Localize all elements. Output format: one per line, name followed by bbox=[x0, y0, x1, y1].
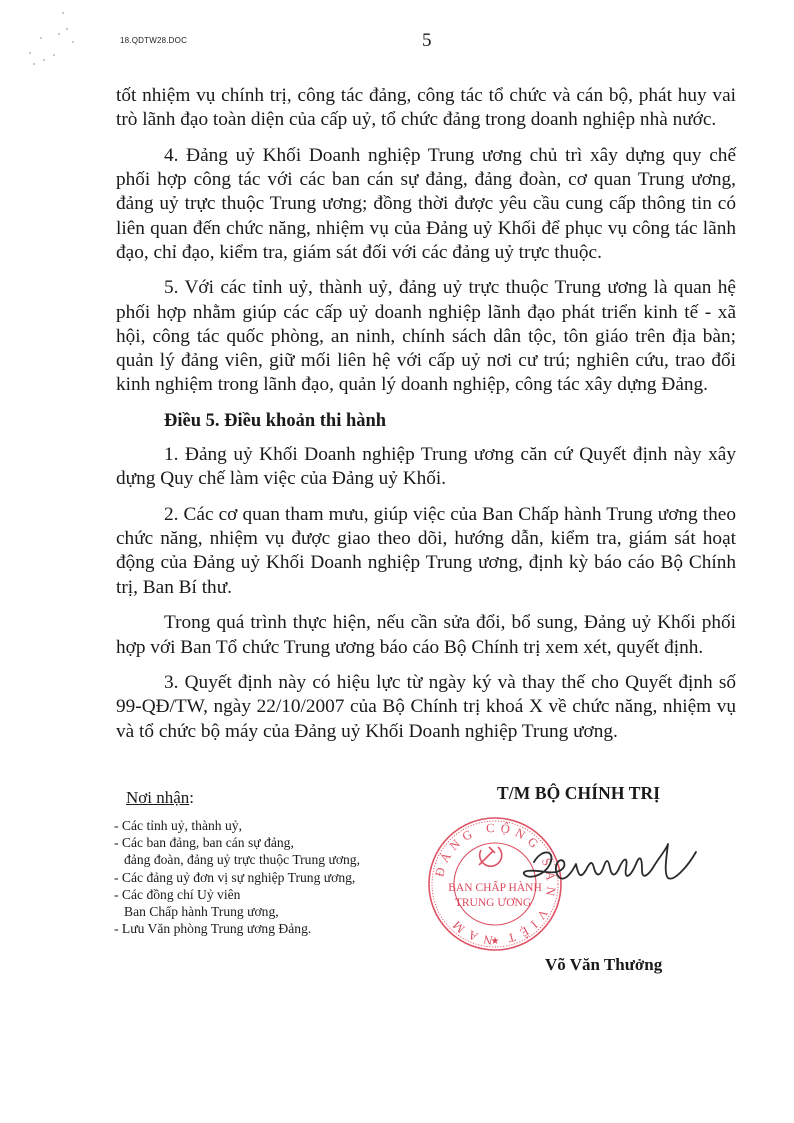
page-number: 5 bbox=[422, 30, 432, 52]
recipient-line: - Các tỉnh uỷ, thành uỷ, bbox=[114, 817, 414, 834]
recipient-line: - Các ban đảng, ban cán sự đảng, bbox=[114, 834, 414, 851]
recipients-title-text: Nơi nhận bbox=[126, 788, 189, 807]
recipient-line-continuation: đảng đoàn, đảng uỷ trực thuộc Trung ương… bbox=[114, 851, 414, 868]
paragraph-clause-3: 3. Quyết định này có hiệu lực từ ngày ký… bbox=[116, 671, 736, 744]
recipient-line-continuation: Ban Chấp hành Trung ương, bbox=[114, 903, 414, 920]
recipient-line: - Các đảng uỷ đơn vị sự nghiệp Trung ươn… bbox=[114, 869, 414, 886]
recipients-title-colon: : bbox=[189, 788, 194, 808]
handwritten-signature bbox=[520, 840, 720, 900]
on-behalf-title: T/M BỘ CHÍNH TRỊ bbox=[497, 783, 660, 804]
recipient-line: - Lưu Văn phòng Trung ương Đảng. bbox=[114, 920, 414, 937]
recipient-line: - Các đồng chí Uỷ viên bbox=[114, 886, 414, 903]
recipients-title: Nơi nhận: bbox=[126, 788, 414, 808]
seal-star-icon: ★ bbox=[491, 936, 500, 947]
paragraph-item-5: 5. Với các tỉnh uỷ, thành uỷ, đảng uỷ tr… bbox=[116, 276, 736, 397]
article-heading: Điều 5. Điều khoản thi hành bbox=[116, 409, 736, 433]
recipients-block: Nơi nhận: - Các tỉnh uỷ, thành uỷ, - Các… bbox=[114, 788, 414, 937]
signer-name: Võ Văn Thưởng bbox=[545, 955, 662, 975]
document-body: tốt nhiệm vụ chính trị, công tác đảng, c… bbox=[116, 84, 736, 755]
scan-specks bbox=[0, 0, 80, 70]
paragraph-clause-2: 2. Các cơ quan tham mưu, giúp việc của B… bbox=[116, 503, 736, 600]
paragraph-continuation: tốt nhiệm vụ chính trị, công tác đảng, c… bbox=[116, 84, 736, 132]
hammer-sickle-icon bbox=[479, 847, 502, 866]
paragraph-amendment: Trong quá trình thực hiện, nếu cần sửa đ… bbox=[116, 611, 736, 659]
paragraph-clause-1: 1. Đảng uỷ Khối Doanh nghiệp Trung ương … bbox=[116, 443, 736, 491]
file-name-label: 18.QDTW28.DOC bbox=[120, 36, 187, 45]
paragraph-item-4: 4. Đảng uỷ Khối Doanh nghiệp Trung ương … bbox=[116, 144, 736, 265]
